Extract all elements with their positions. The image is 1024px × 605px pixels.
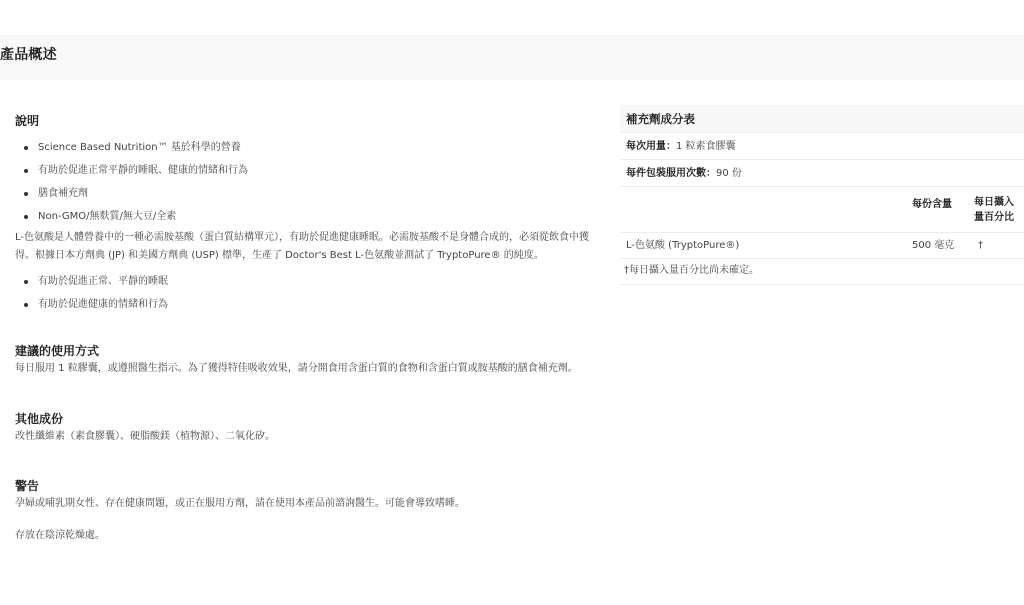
- overview-header: 產品概述: [0, 35, 1024, 80]
- usage-text: 每日服用 1 粒膠囊，或遵照醫生指示。為了獲得特佳吸收效果，請分開食用含蛋白質的…: [15, 360, 595, 378]
- other-ingredients-text: 改性纖維素（素食膠囊）、硬脂酸鎂（植物源）、二氧化矽。: [15, 428, 595, 446]
- list-item: Science Based Nutrition™ 基於科學的營養: [15, 136, 595, 159]
- facts-column-headers: 每份含量 每日攝入 量百分比: [620, 187, 1024, 233]
- supplement-facts-table: 補充劑成分表 每次用量：1 粒素食膠囊 每件包裝服用次數：90 份 每份含量 每…: [620, 105, 1024, 285]
- ingredient-name: L-色氨酸 (TryptoPure®): [626, 233, 739, 259]
- storage-text: 存放在陰涼乾燥處。: [15, 527, 595, 545]
- serving-size-label: 每次用量：: [626, 141, 676, 152]
- benefit-bullets: 有助於促進正常、平靜的睡眠 有助於促進健康的情緒和行為: [15, 270, 595, 316]
- servings-per-container-row: 每件包裝服用次數：90 份: [620, 160, 1024, 187]
- table-row: L-色氨酸 (TryptoPure®) 500 毫克 †: [620, 233, 1024, 259]
- list-item: 膳食補充劑: [15, 182, 595, 205]
- list-item: Non-GMO/無麩質/無大豆/全素: [15, 205, 595, 228]
- description-title: 說明: [15, 112, 595, 130]
- warnings-text: 孕婦或哺乳期女性、存在健康問題，或正在服用方劑，請在使用本產品前諮詢醫生。可能會…: [15, 495, 595, 513]
- servings-value: 90 份: [716, 168, 742, 179]
- list-item: 有助於促進健康的情緒和行為: [15, 293, 595, 316]
- list-item: 有助於促進正常、平靜的睡眠: [15, 270, 595, 293]
- supplement-facts-title: 補充劑成分表: [620, 105, 1024, 133]
- facts-footnote: †每日攝入量百分比尚未確定。: [620, 259, 1024, 285]
- serving-size-row: 每次用量：1 粒素食膠囊: [620, 133, 1024, 160]
- servings-label: 每件包裝服用次數：: [626, 168, 716, 179]
- product-overview-page: 產品概述 說明 Science Based Nutrition™ 基於科學的營養…: [0, 0, 1024, 605]
- daily-value-header-line1: 每日攝入: [974, 197, 1014, 208]
- serving-size-value: 1 粒素食膠囊: [676, 141, 736, 152]
- product-details: 說明 Science Based Nutrition™ 基於科學的營養 有助於促…: [15, 112, 595, 544]
- description-bullets: Science Based Nutrition™ 基於科學的營養 有助於促進正常…: [15, 136, 595, 228]
- list-item: 有助於促進正常平靜的睡眠、健康的情緒和行為: [15, 159, 595, 182]
- daily-value-column-header: 每日攝入 量百分比: [974, 195, 1024, 225]
- ingredient-daily-value: †: [978, 233, 983, 259]
- description-paragraph: L-色氨酸是人體營養中的一種必需胺基酸（蛋白質結構單元），有助於促進健康睡眠。必…: [15, 229, 595, 264]
- warnings-title: 警告: [15, 477, 595, 495]
- ingredient-amount: 500 毫克: [912, 233, 954, 259]
- usage-title: 建議的使用方式: [15, 342, 595, 360]
- overview-title: 產品概述: [0, 44, 57, 64]
- daily-value-header-line2: 量百分比: [974, 212, 1014, 223]
- other-ingredients-title: 其他成份: [15, 410, 595, 428]
- amount-column-header: 每份含量: [912, 195, 952, 210]
